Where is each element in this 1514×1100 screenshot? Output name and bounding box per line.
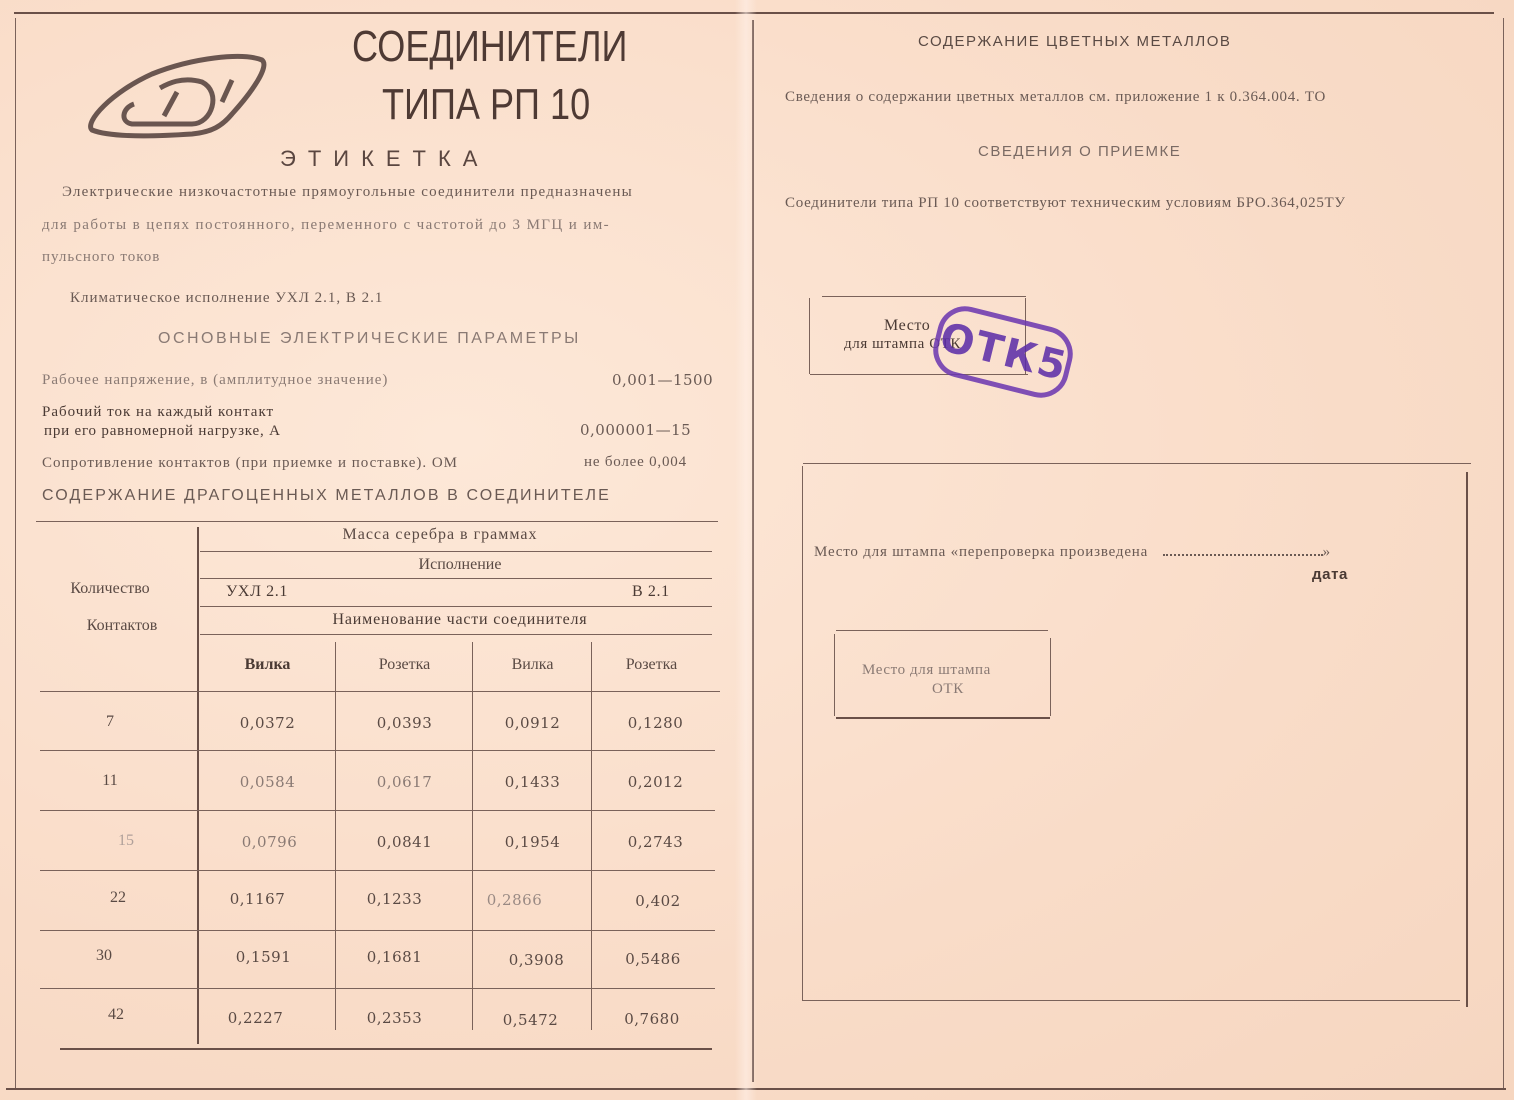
row-rule-3 [40, 870, 715, 871]
left-border [15, 18, 16, 1088]
row-value: 0,0912 [474, 714, 591, 732]
row-value: 0,0372 [200, 714, 335, 732]
rule-mass [200, 551, 712, 552]
table-header-count-line2: Контактов [52, 617, 192, 635]
param-resistance-value: не более 0,004 [584, 454, 687, 471]
otk-box-line1: Место для штампа [862, 662, 991, 679]
stamp-box-line1: Место [884, 317, 930, 335]
otk-box-bottom [836, 717, 1050, 719]
right-border [1503, 18, 1504, 1088]
doc-title-line2: ТИПА РП 10 [382, 80, 590, 130]
row-value: 0,1591 [196, 948, 331, 966]
param-current-value: 0,000001—15 [580, 421, 691, 439]
row-value: 0,2743 [593, 833, 718, 851]
description-line3: пульсного токов [42, 249, 160, 266]
acceptance-text: Соединители типа РП 10 соответствуют тех… [785, 195, 1346, 212]
row-rule-4 [40, 930, 715, 931]
row-value: 0,2227 [188, 1009, 323, 1027]
doc-title-line1: СОЕДИНИТЕЛИ [352, 22, 627, 72]
acceptance-heading: СВЕДЕНИЯ О ПРИЕМКЕ [978, 143, 1181, 160]
otk-box-top [836, 630, 1048, 631]
paper-fold [735, 0, 757, 1100]
label-subtitle: ЭТИКЕТКА [280, 146, 489, 172]
table-exec-v: В 2.1 [632, 583, 670, 601]
row-value: 0,2353 [327, 1009, 462, 1027]
row-rule-2 [40, 810, 715, 811]
recheck-date-field[interactable] [1163, 542, 1323, 556]
recheck-box-top [803, 463, 1471, 464]
recheck-label: Место для штампа «перепроверка произведе… [814, 544, 1148, 560]
params-heading: ОСНОВНЫЕ ЭЛЕКТРИЧЕСКИЕ ПАРАМЕТРЫ [158, 330, 581, 348]
otk-ink-stamp: ОТК5 [927, 300, 1078, 403]
stamp-box-top [822, 296, 1026, 297]
rule-header-bottom [40, 691, 720, 692]
otk-box-right [1050, 638, 1051, 716]
col-divider-3 [591, 642, 592, 1030]
row-value: 0,5472 [472, 1011, 589, 1029]
table-col-socket-1: Розетка [337, 656, 472, 674]
row-value: 0,1233 [327, 890, 462, 908]
rule-exec [200, 578, 712, 579]
recheck-box-bottom [802, 1000, 1460, 1001]
row-rule-5 [40, 988, 715, 989]
row-rule-1 [40, 750, 715, 751]
row-value: 0,1954 [474, 833, 591, 851]
col-divider-2 [472, 642, 473, 1030]
row-value: 0,2012 [593, 773, 718, 791]
row-contacts: 30 [34, 947, 174, 965]
table-header-part: Наименование части соединителя [200, 611, 720, 629]
row-value: 0,402 [598, 892, 718, 910]
param-voltage-value: 0,001—1500 [612, 371, 713, 389]
precious-metals-heading: СОДЕРЖАНИЕ ДРАГОЦЕННЫХ МЕТАЛЛОВ В СОЕДИН… [42, 487, 611, 505]
row-value: 0,3908 [478, 951, 595, 969]
row-value: 0,0841 [337, 833, 472, 851]
param-current-label-line1: Рабочий ток на каждый контакт [42, 404, 274, 421]
row-contacts: 22 [48, 889, 188, 907]
row-value: 0,2866 [456, 891, 573, 909]
date-caption: дата [1312, 566, 1348, 583]
table-header-count-line1: Количество [40, 580, 180, 598]
row-value: 0,0617 [337, 773, 472, 791]
row-value: 0,1167 [190, 890, 325, 908]
row-value: 0,7680 [592, 1010, 712, 1028]
quality-mark-logo-icon [82, 52, 272, 144]
table-top-rule [36, 521, 718, 522]
param-current-label-line2: при его равномерной нагрузке, А [44, 423, 281, 440]
table-col-plug-2: Вилка [474, 656, 591, 674]
description-line1: Электрические низкочастотные прямоугольн… [62, 184, 633, 201]
table-header-mass: Масса серебра в граммах [200, 526, 680, 544]
rule-part [200, 634, 712, 635]
row-value: 0,0584 [200, 773, 335, 791]
row-contacts: 15 [56, 832, 196, 850]
row-value: 0,0796 [202, 833, 337, 851]
row-value: 0,1280 [593, 714, 718, 732]
row-value: 0,1433 [474, 773, 591, 791]
param-resistance-label: Сопротивление контактов (при приемке и п… [42, 455, 458, 472]
table-col-plug-1: Вилка [200, 656, 335, 674]
nonferrous-heading: СОДЕРЖАНИЕ ЦВЕТНЫХ МЕТАЛЛОВ [918, 33, 1231, 50]
recheck-text: Место для штампа «перепроверка произведе… [814, 542, 1331, 561]
rule-exec-values [200, 606, 712, 607]
param-voltage-label: Рабочее напряжение, в (амплитудное значе… [42, 372, 388, 389]
table-header-execution: Исполнение [200, 556, 720, 574]
stamp-box-left [809, 298, 810, 374]
climate-execution: Климатическое исполнение УХЛ 2.1, В 2.1 [70, 290, 383, 307]
recheck-box-right [1466, 472, 1468, 1007]
table-bottom-rule [60, 1048, 712, 1050]
row-contacts: 42 [46, 1006, 186, 1024]
table-rowheader-divider [197, 527, 199, 1044]
nonferrous-text: Сведения о содержании цветных металлов с… [785, 89, 1326, 106]
table-col-socket-2: Розетка [593, 656, 710, 674]
recheck-close-quote: » [1323, 544, 1331, 560]
row-value: 0,0393 [337, 714, 472, 732]
table-exec-uhl: УХЛ 2.1 [226, 583, 288, 601]
recheck-box-left [802, 466, 803, 1000]
row-contacts: 11 [40, 772, 180, 790]
row-contacts: 7 [40, 713, 180, 731]
row-value: 0,1681 [327, 948, 462, 966]
description-line2: для работы в цепях постоянного, переменн… [42, 217, 610, 234]
otk-box-line2: ОТК [932, 681, 964, 698]
row-value: 0,5486 [593, 950, 713, 968]
otk-box-left [834, 634, 835, 716]
